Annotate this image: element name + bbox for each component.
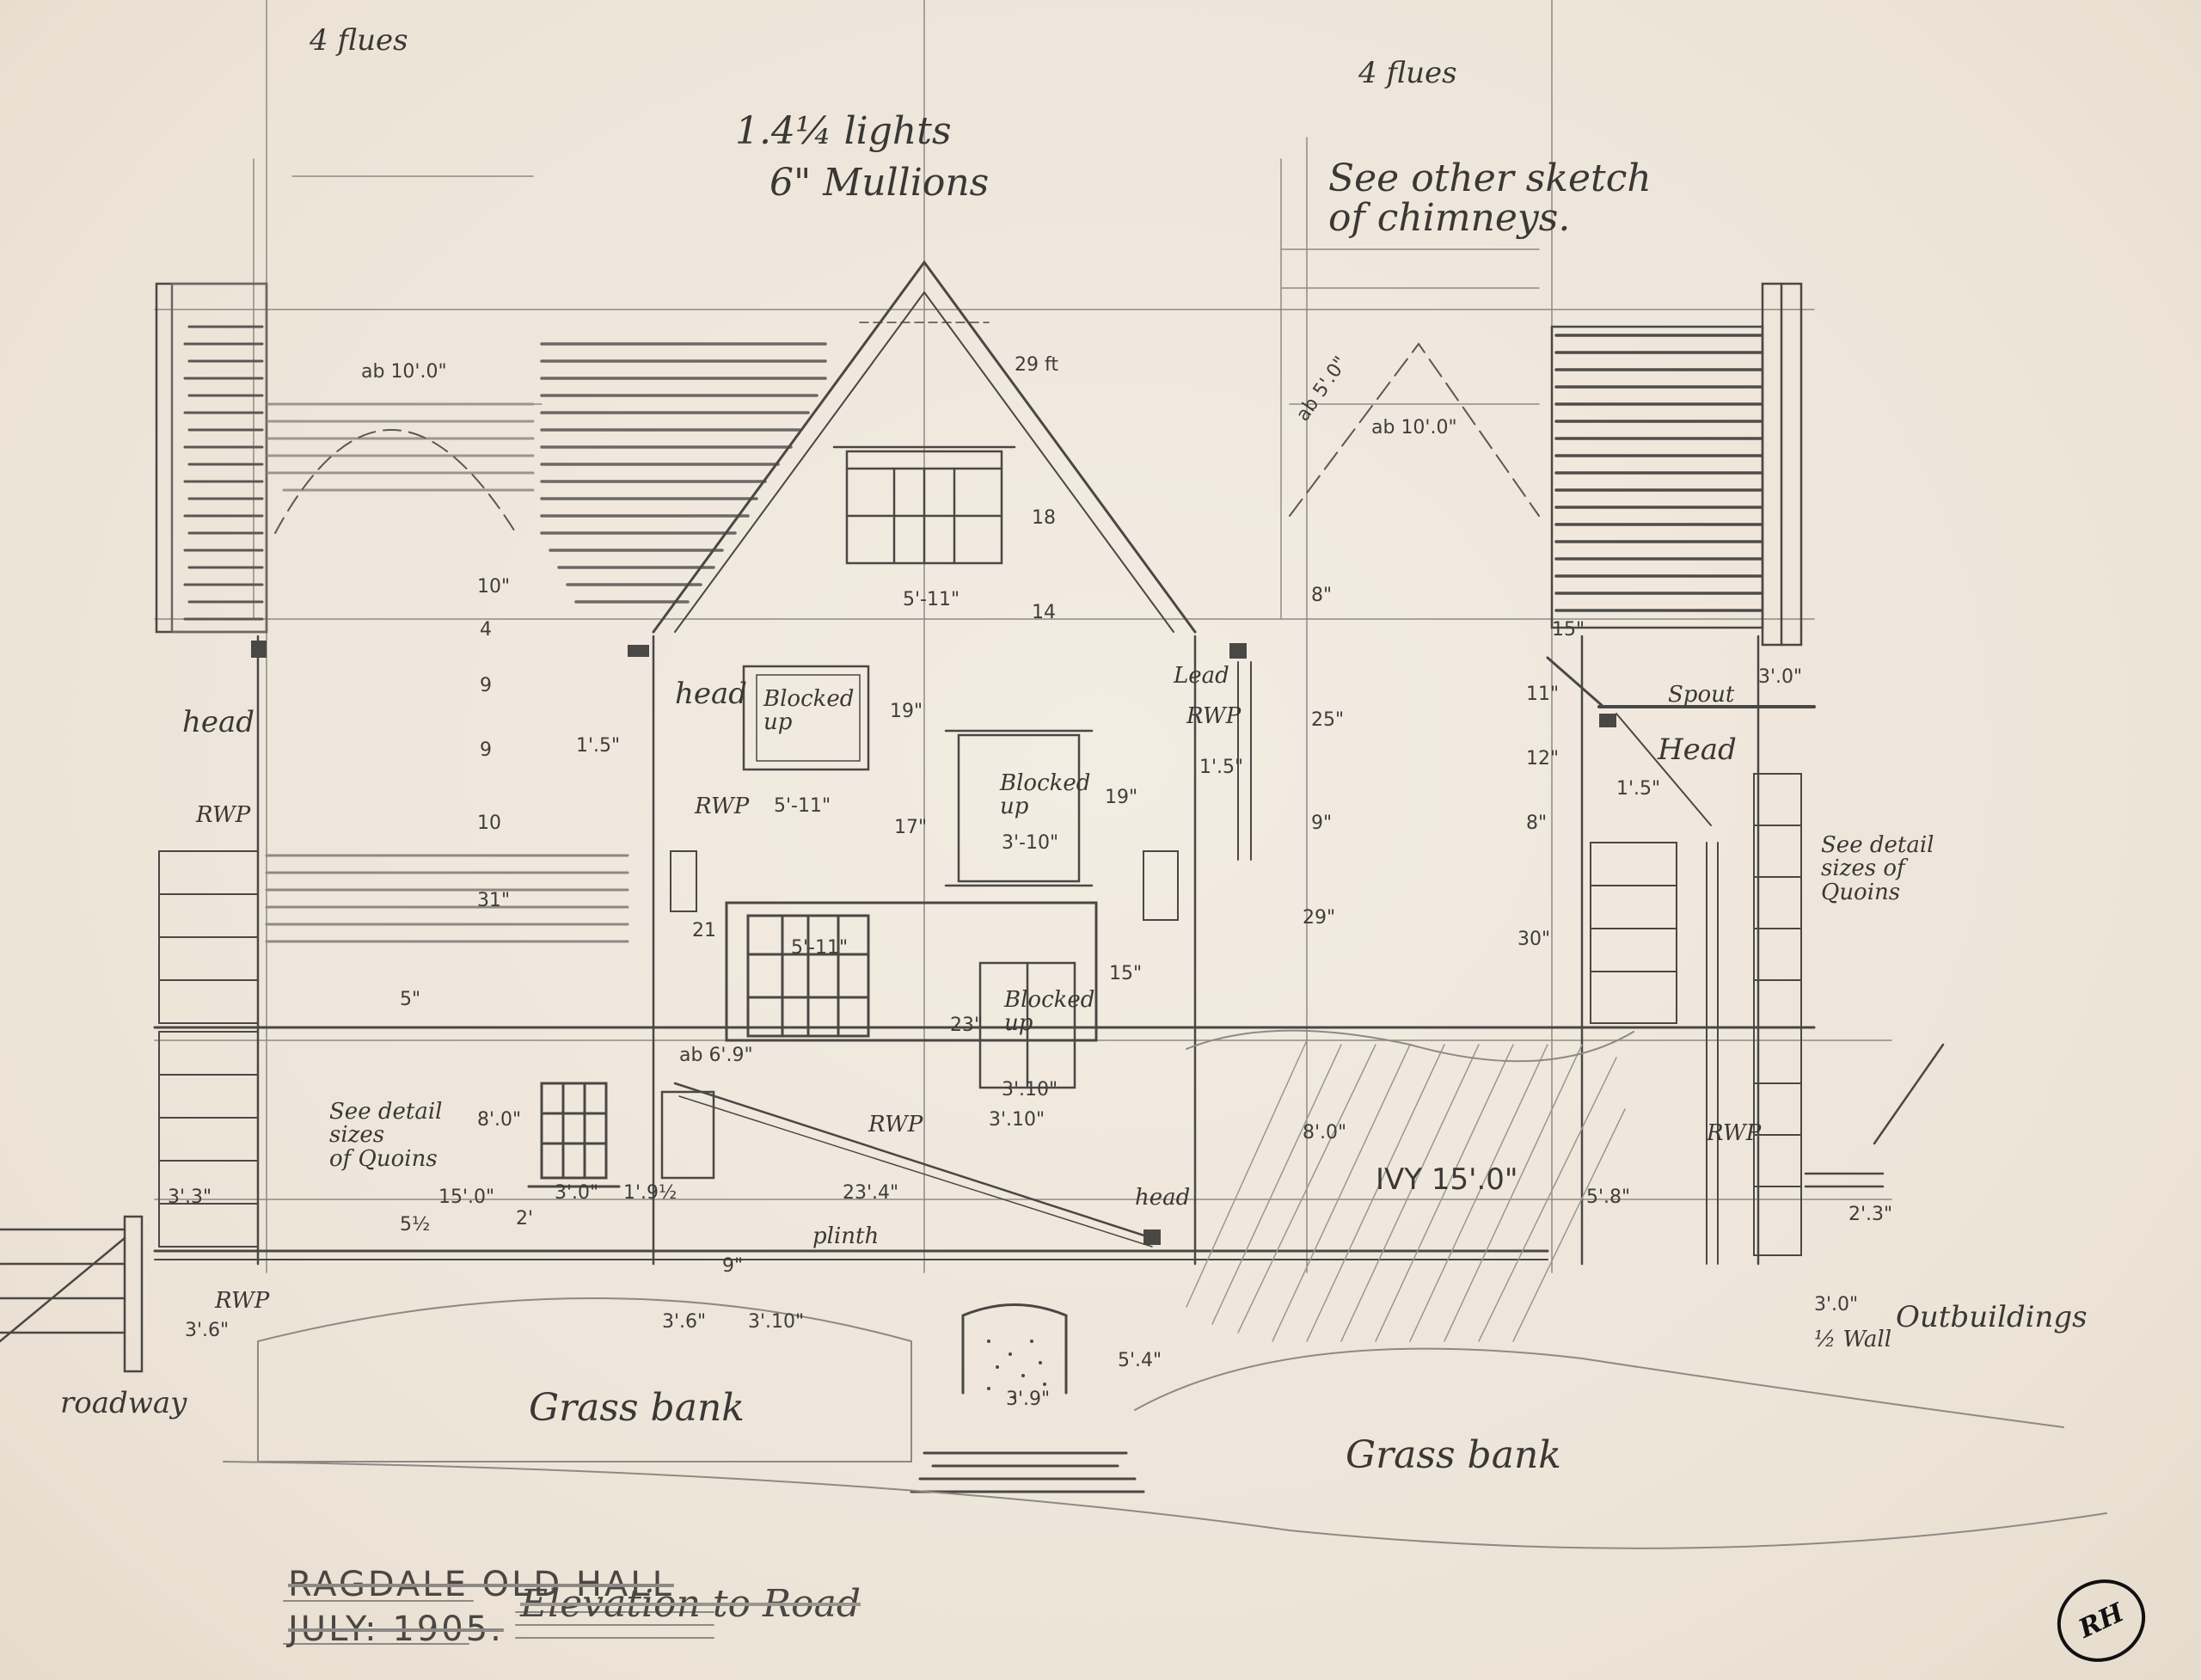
- drawing-sheet: 4 flues 4 flues 1.4¼ lights 6" Mullions …: [0, 0, 2201, 1680]
- note-see-detail-right: See detail sizes of Quoins: [1821, 834, 1934, 904]
- right-roof-hatch: [1556, 335, 1761, 610]
- note-blocked-up-2: Blocked up: [1000, 772, 1090, 819]
- dim-roof-right: ab 10'.0": [1371, 417, 1457, 438]
- dim-window-1-height: 19": [890, 701, 923, 722]
- note-rwp-mid: RWP: [695, 795, 749, 819]
- dim-spout-3-0: 3'.0": [1758, 666, 1802, 688]
- dim-ground-234: 23'.4": [843, 1182, 898, 1204]
- right-roof-outline: [1552, 327, 1763, 628]
- dim-mid-6-9: ab 6'.9": [679, 1045, 753, 1066]
- right-chimney: [1763, 284, 1801, 645]
- left-roof-hip: [275, 430, 516, 533]
- note-grass-bank-right: Grass bank: [1346, 1436, 1561, 1475]
- dim-left-wall-height: 31": [477, 890, 510, 911]
- note-spout: Spout: [1668, 684, 1734, 707]
- left-gate: [0, 1217, 142, 1371]
- dim-window-2-height: 19": [1105, 787, 1137, 808]
- note-head-lead: Lead: [1174, 665, 1229, 688]
- dim-bay-width: 5'-11": [791, 937, 848, 959]
- dim-mid-115b: 1'.5": [1199, 757, 1243, 778]
- dim-ground-window-width: 3'.0": [555, 1182, 598, 1204]
- dim-outb-3-0: 3'.0": [1814, 1294, 1858, 1315]
- dim-far-right-2-3: 2'.3": [1848, 1204, 1892, 1225]
- dim-left-stack-4: 9: [480, 739, 492, 761]
- note-four-flues-right: 4 flues: [1358, 58, 1457, 89]
- date-text: JULY: 1905.: [288, 1609, 504, 1649]
- dim-ground-52: 5½: [400, 1214, 430, 1235]
- dim-right-wing-3: 8": [1526, 812, 1547, 834]
- dim-dormer-height: 18: [1032, 507, 1056, 529]
- dim-right-wing-2: 12": [1526, 748, 1559, 769]
- dim-left-stack-1: 10": [477, 576, 510, 598]
- dim-gate-3-6: 3'.6": [185, 1320, 229, 1341]
- dim-ground-192: 1'.9½: [623, 1182, 677, 1204]
- dim-step-3-6: 3'.6": [662, 1311, 706, 1333]
- note-rwp-right-lower: RWP: [1707, 1122, 1761, 1145]
- note-mullions: 6" Mullions: [769, 163, 989, 203]
- dim-left-stack-3: 9: [480, 675, 492, 696]
- dim-roof-left: ab 10'.0": [361, 361, 447, 383]
- note-plinth: plinth: [812, 1225, 879, 1248]
- note-grass-bank-left: Grass bank: [529, 1389, 745, 1428]
- dim-gable-lower: 14: [1032, 602, 1056, 623]
- dim-right-115: 1'.5": [1616, 778, 1660, 800]
- dim-left-3-3: 3'.3": [168, 1186, 212, 1208]
- dim-window-3-height: 17": [894, 817, 927, 838]
- dim-blocked-3-10: 3'.10": [1002, 1079, 1058, 1101]
- left-chimney: [156, 284, 267, 632]
- monogram-text: RH: [2074, 1597, 2128, 1644]
- dim-window-1-width: 5'-11": [774, 795, 831, 817]
- dim-ivy-880: 8'.0": [1303, 1122, 1346, 1144]
- note-blocked-up-3: Blocked up: [1004, 989, 1094, 1036]
- note-blocked-up-1: Blocked up: [763, 688, 854, 735]
- dim-gable-width: 29 ft: [1015, 354, 1058, 376]
- note-lights: 1.4¼ lights: [735, 112, 952, 151]
- dim-mid-115: 1'.5": [576, 735, 620, 757]
- note-rwp-diagonal: RWP: [868, 1113, 923, 1137]
- dim-right-gable-2: 25": [1311, 709, 1344, 731]
- dim-right-gable-4: 29": [1303, 907, 1335, 929]
- dim-mid-23: 23": [950, 1015, 983, 1036]
- left-roof-hatch: [268, 404, 533, 490]
- drawing-subtitle: Elevation to Road: [520, 1582, 861, 1626]
- dim-ground-window-height: 8'.0": [477, 1109, 521, 1131]
- note-head-bottom: head: [1135, 1186, 1190, 1210]
- note-rwp-left-lower: RWP: [215, 1290, 269, 1313]
- left-wing-hatch: [267, 855, 628, 941]
- dim-plinth-9: 9": [722, 1255, 743, 1277]
- dim-right-gable-1: 8": [1311, 585, 1332, 606]
- dim-right-15: 15": [1552, 619, 1585, 641]
- note-half-wall: ½ Wall: [1814, 1328, 1891, 1352]
- note-head-left: head: [182, 708, 254, 739]
- dim-step-3-10: 3'.10": [748, 1311, 804, 1333]
- outbuilding-wall: [1806, 1045, 1943, 1186]
- dim-right-5-8: 5'.8": [1586, 1186, 1630, 1208]
- drawing-date: JULY: 1905.: [288, 1609, 504, 1649]
- left-chimney-hatch: [185, 327, 262, 619]
- small-window-right: [1143, 851, 1178, 920]
- note-see-detail-left: See detail sizes of Quoins: [329, 1101, 442, 1171]
- dim-window-2-width: 3'-10": [1002, 832, 1058, 854]
- note-outbuildings: Outbuildings: [1896, 1303, 2088, 1334]
- dim-left-stack-2: 4: [480, 619, 492, 641]
- dim-door-3-9: 3'.9": [1006, 1389, 1050, 1410]
- note-head-mid: head: [675, 679, 747, 710]
- note-roadway: roadway: [60, 1389, 187, 1419]
- note-rwp-right-upper: RWP: [1186, 705, 1241, 728]
- dim-mid-15: 15": [1109, 963, 1142, 984]
- dim-left-stack-5: 10: [477, 812, 501, 834]
- quoins-right: [1591, 774, 1801, 1255]
- dim-ground-15: 15'.0": [438, 1186, 494, 1208]
- dim-ground-2: 2': [516, 1208, 533, 1229]
- note-four-flues-left: 4 flues: [310, 26, 408, 57]
- dim-right-gable-3: 9": [1311, 812, 1332, 834]
- note-ivy: IVY 15'.0": [1376, 1165, 1518, 1196]
- note-rwp-left-upper: RWP: [196, 804, 250, 827]
- small-window-left: [671, 851, 696, 911]
- note-see-other-sketch: See other sketch of chimneys.: [1328, 159, 1652, 238]
- dim-left-5: 5": [400, 989, 420, 1010]
- diagonal-rain-pipe: [675, 1083, 1152, 1238]
- note-head-right: Head: [1658, 735, 1737, 766]
- dim-bay-height: 21: [692, 920, 716, 941]
- dim-door-5-4: 5'.4": [1118, 1350, 1162, 1371]
- dim-ground-3-10: 3'.10": [989, 1109, 1045, 1131]
- central-roof-hatch: [542, 344, 825, 602]
- dim-right-wing-1: 11": [1526, 684, 1559, 705]
- ground-window: [529, 1083, 619, 1186]
- dim-right-wing-4: 30": [1517, 929, 1550, 950]
- dim-dormer-width: 5'-11": [903, 589, 959, 610]
